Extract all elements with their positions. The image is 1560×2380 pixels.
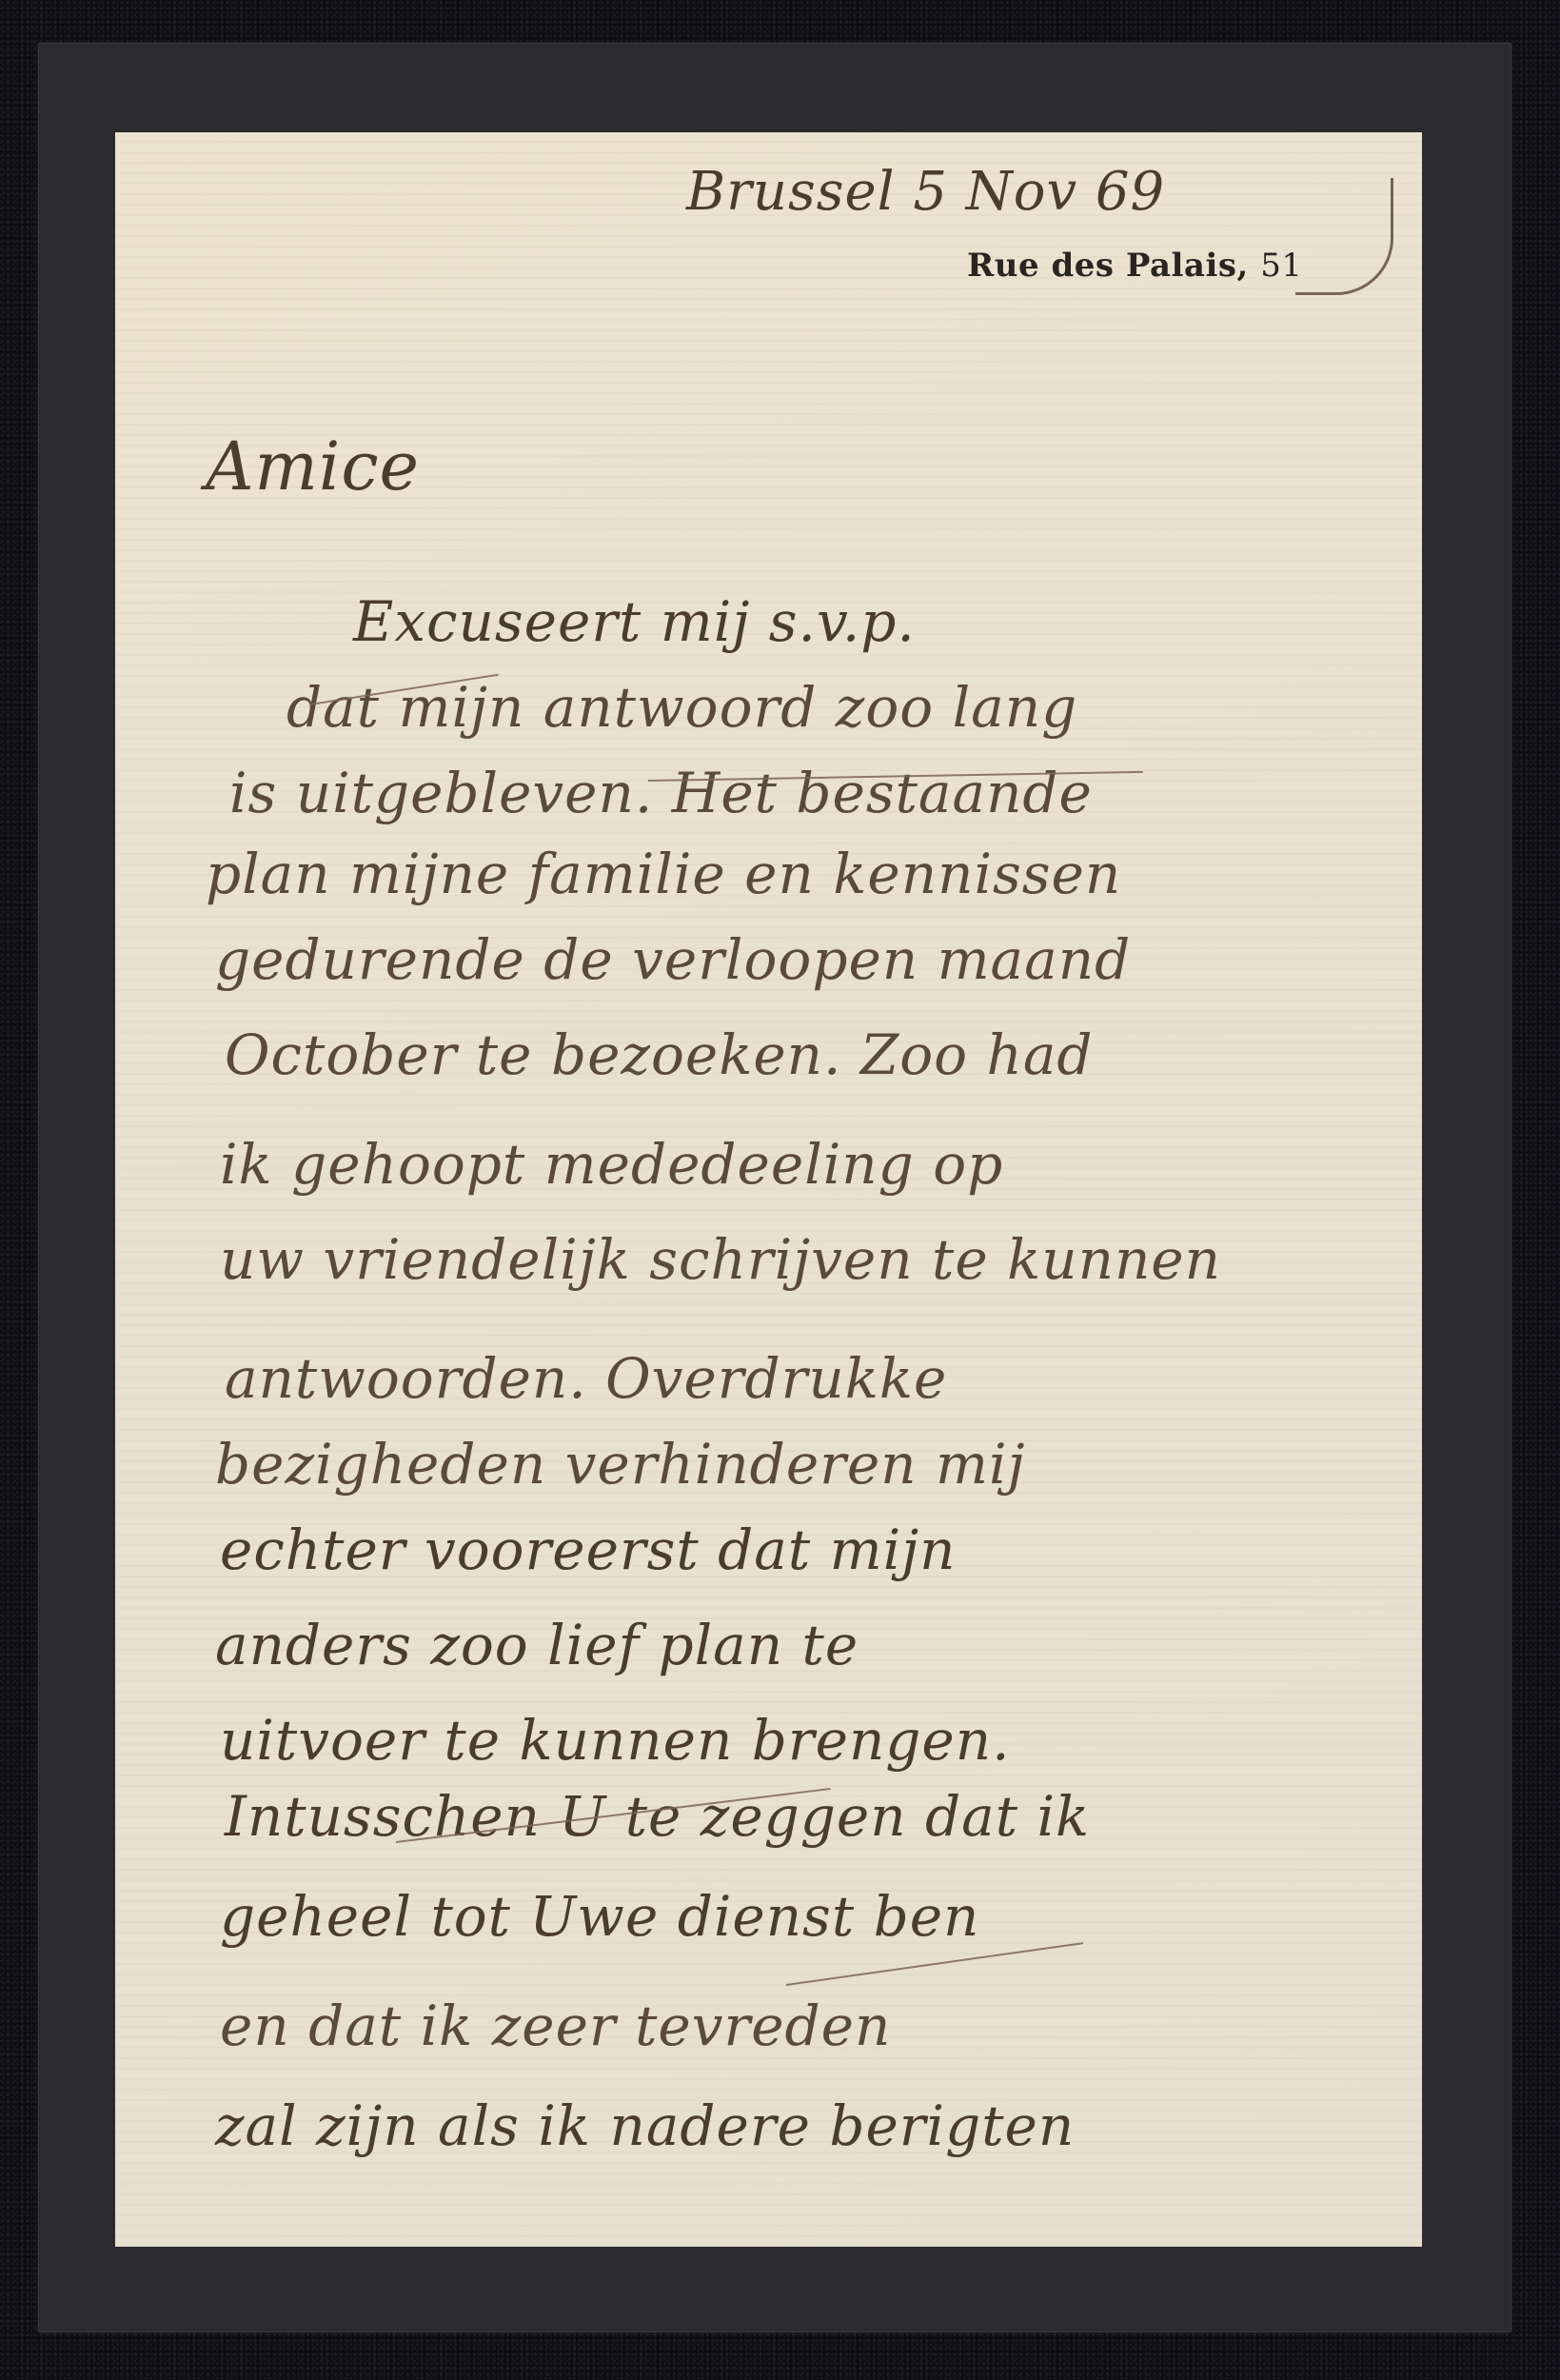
letter-line: geheel tot Uwe dienst ben — [220, 1884, 979, 1949]
letter-line: Excuseert mij s.v.p. — [353, 589, 916, 654]
letter-line: is uitgebleven. Het bestaande — [229, 761, 1093, 825]
letter-line: anders zoo lief plan te — [215, 1613, 859, 1677]
letter-line: uitvoer te kunnen brengen. — [220, 1708, 1011, 1773]
letter-line: echter vooreerst dat mijn — [220, 1517, 957, 1582]
letter-paper: Brussel 5 Nov 69 Rue des Palais, 51 Amic… — [115, 132, 1422, 2247]
letter-line: gedurende de verloopen maand — [215, 927, 1131, 992]
letterhead-address: Rue des Palais, 51 — [967, 247, 1302, 285]
letterhead-street: Rue des Palais, — [967, 247, 1249, 285]
letter-line: zal zijn als ik nadere berigten — [215, 2093, 1075, 2158]
letter-line: bezigheden verhinderen mij — [215, 1432, 1026, 1497]
letter-line: October te bezoeken. Zoo had — [225, 1022, 1094, 1087]
letter-line: antwoorden. Overdrukke — [225, 1346, 947, 1411]
letter-line: dat mijn antwoord zoo lang — [286, 675, 1077, 740]
place-date: Brussel 5 Nov 69 — [686, 161, 1165, 223]
pen-flourish — [786, 1942, 1083, 1986]
date-flourish-decoration — [1295, 178, 1393, 295]
letter-line: en dat ik zeer tevreden — [220, 1993, 891, 2058]
letter-line: plan mijne familie en kennissen — [206, 842, 1121, 906]
letter-line: ik gehoopt mededeeling op — [220, 1132, 1003, 1197]
letterhead-number: 51 — [1260, 247, 1302, 285]
letter-line: Intusschen U te zeggen dat ik — [225, 1784, 1090, 1849]
salutation: Amice — [206, 427, 420, 506]
letter-line: uw vriendelijk schrijven te kunnen — [220, 1227, 1221, 1292]
